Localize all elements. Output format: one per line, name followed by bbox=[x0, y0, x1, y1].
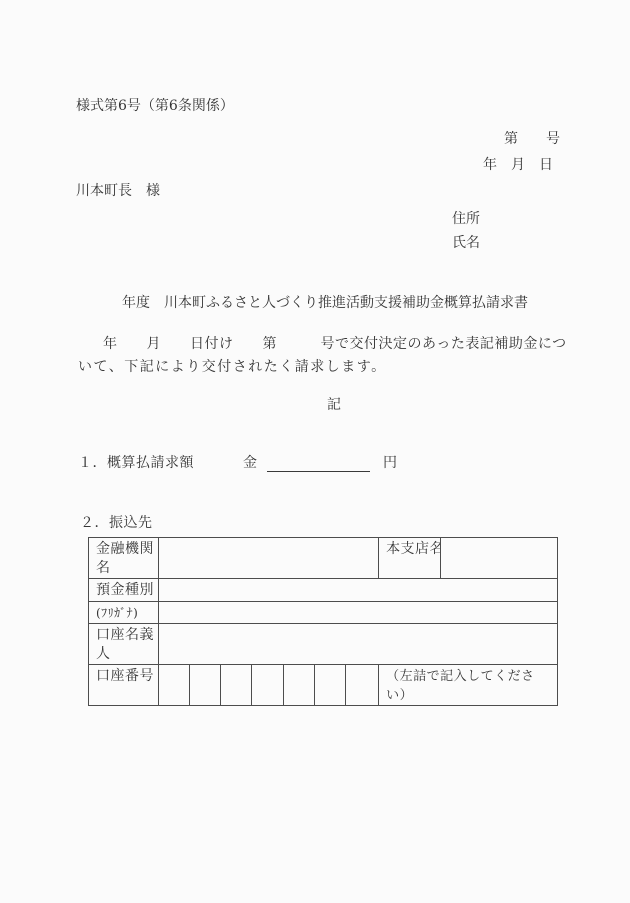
furigana-value-cell bbox=[159, 602, 558, 624]
deposit-type-value-cell bbox=[159, 579, 558, 602]
account-digit-cell bbox=[190, 665, 221, 706]
item2-label: ２．振込先 bbox=[80, 516, 153, 531]
furigana-label: (ﾌﾘｶﾞﾅ) bbox=[89, 602, 159, 624]
account-digit-cell bbox=[159, 665, 190, 706]
branch-name-label: 本支店名 bbox=[379, 538, 441, 579]
deposit-type-label: 預金種別 bbox=[89, 579, 159, 602]
body-line2: いて、下記により交付されたく請求します。 bbox=[78, 360, 387, 375]
addressee: 川本町長 様 bbox=[76, 184, 160, 199]
table-row: 預金種別 bbox=[89, 579, 558, 602]
account-digit-cell bbox=[346, 665, 379, 706]
table-row: 口座名義人 bbox=[89, 624, 558, 665]
document-page: 様式第6号（第6条関係） 第 号 年 月 日 川本町長 様 住所 氏名 年度 川… bbox=[0, 0, 630, 903]
item1-label: １．概算払請求額 bbox=[78, 456, 194, 471]
financial-institution-label: 金融機関名 bbox=[89, 538, 159, 579]
document-title: 年度 川本町ふるさと人づくり推進活動支援補助金概算払請求書 bbox=[122, 296, 528, 311]
account-digit-cell bbox=[284, 665, 315, 706]
form-number: 様式第6号（第6条関係） bbox=[76, 99, 234, 114]
account-holder-value-cell bbox=[159, 624, 558, 665]
table-row: 金融機関名 本支店名 bbox=[89, 538, 558, 579]
account-digit-cell bbox=[315, 665, 346, 706]
date-line: 年 月 日 bbox=[483, 158, 553, 173]
body-line1: 年 月 日付け 第 号で交付決定のあった表記補助金につ bbox=[103, 337, 567, 352]
doc-number-line: 第 号 bbox=[504, 132, 560, 147]
account-digit-cell bbox=[252, 665, 284, 706]
financial-institution-value-cell bbox=[159, 538, 379, 579]
account-number-label: 口座番号 bbox=[89, 665, 159, 706]
amount-prefix: 金 bbox=[243, 456, 257, 471]
account-number-row: 口座番号 （左詰で記入してください） bbox=[89, 665, 558, 706]
account-number-note-cell: （左詰で記入してください） bbox=[379, 665, 558, 706]
table-row: (ﾌﾘｶﾞﾅ) bbox=[89, 602, 558, 624]
address-label: 住所 bbox=[452, 212, 480, 227]
branch-name-value-cell bbox=[441, 538, 558, 579]
transfer-table: 金融機関名 本支店名 預金種別 (ﾌﾘｶﾞﾅ) 口座名義人 口座番号 （左詰で記… bbox=[88, 537, 558, 706]
amount-unit: 円 bbox=[383, 456, 397, 471]
name-label: 氏名 bbox=[452, 236, 480, 251]
record-marker: 記 bbox=[327, 398, 341, 413]
account-digit-cell bbox=[221, 665, 252, 706]
account-holder-label: 口座名義人 bbox=[89, 624, 159, 665]
amount-underline bbox=[267, 457, 370, 472]
